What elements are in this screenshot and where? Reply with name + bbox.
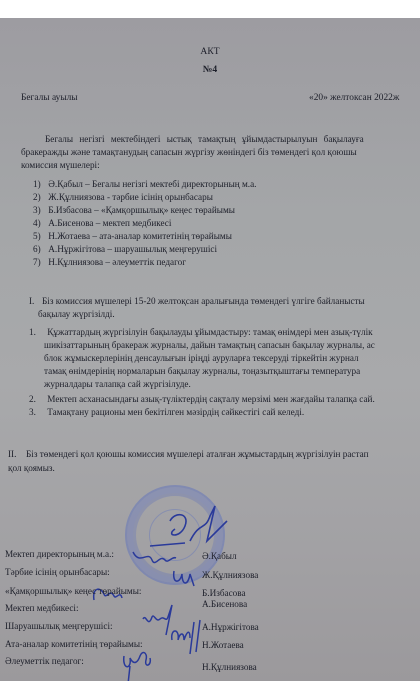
signature-name: Б.Избасова [202,589,246,598]
signature-parents [168,618,204,658]
document-title: АКТ [0,47,420,57]
section-1-item-line: блок жұмыскерлерінің денсаулығын іріңді … [44,354,359,363]
member-item: 1) Ә.Қабыл – Бегалы негізгі мектебі дире… [33,180,256,189]
signature-name: Ж.Құлниязова [202,571,258,580]
intro-line: Бегалы негізгі мектебіндегі ыстық тамақт… [45,135,364,144]
signature-name: А.Нұржігітова [202,623,259,632]
signature-role: Шаруашылық меңгерушісі: [5,622,113,631]
signature-social-pedagogue [118,646,158,681]
signature-role: «Қамқоршылық» кеңес төрайымы: [5,587,141,596]
signature-name: Н.Жотаева [202,641,244,650]
document-photo: АКТ №4 Бегалы ауылы «20» желтоксан 2022ж… [0,18,420,681]
section-2-line: қол қоямыз. [8,464,55,473]
section-1-item: 3. Тамақтану рационы мен бекітілген мәзі… [29,408,304,417]
signature-role: Мектеп директорының м.а.: [5,550,114,559]
signature-name: Н.Құлниязова [202,663,257,672]
signature-role: Әлеуметтік педагог: [5,657,84,666]
document-date: «20» желтоксан 2022ж [309,94,399,103]
member-item: 5) Н.Жотаева – ата-аналар комитетінің тө… [33,232,232,241]
document-number: №4 [0,65,420,75]
section-1-line: I.Біз комиссия мүшелері 15-20 желтоқсан … [29,297,365,306]
signature-name: А.Бисенова [202,600,247,609]
section-1-item-line: журналдары талапқа сай жүргізілуде. [44,380,191,389]
signature-council [170,566,200,591]
section-1-item: 1. Құжаттардың жүргізілуін бақылауды ұйы… [29,328,373,337]
section-1-line: бақылау жүргізілді. [38,310,115,319]
signature-role: Мектеп медбикесі: [5,604,79,613]
signature-role: Ата-аналар комитетінің төрайымы: [5,640,143,649]
section-1-item: 2. Мектеп асханасындағы азық-түліктердің… [29,395,375,404]
member-item: 7) Н.Құлниязова – әлеуметтік педагог [33,258,186,267]
member-item: 2) Ж.Құлниязова - тәрбие ісінің орынбаса… [33,193,213,202]
member-item: 6) А.Нұржігітова – шаруашылық меңгерушіс… [33,245,217,254]
intro-line: комиссия мүшелері: [21,161,100,170]
section-1-item-line: шикізаттарының бракераж журналы, дайын т… [44,341,375,350]
document-place: Бегалы ауылы [21,94,78,103]
intro-line: бракеражды және тамақтанудың сапасын жүр… [21,148,357,157]
section-2-line: II.Біз төмендегі қол қоюшы комиссия мүше… [8,450,368,459]
member-item: 4) А.Бисенова – мектеп медбикесі [33,219,171,228]
signature-role: Тәрбие ісінің орынбасары: [5,568,110,577]
signature-name: Ә.Қабыл [202,552,237,561]
section-1-item-line: тамақ өнімдерінің нормаларын бақылау жур… [44,367,360,376]
member-item: 3) Б.Избасова – «Қамқоршылық» кеңес төра… [33,206,235,215]
